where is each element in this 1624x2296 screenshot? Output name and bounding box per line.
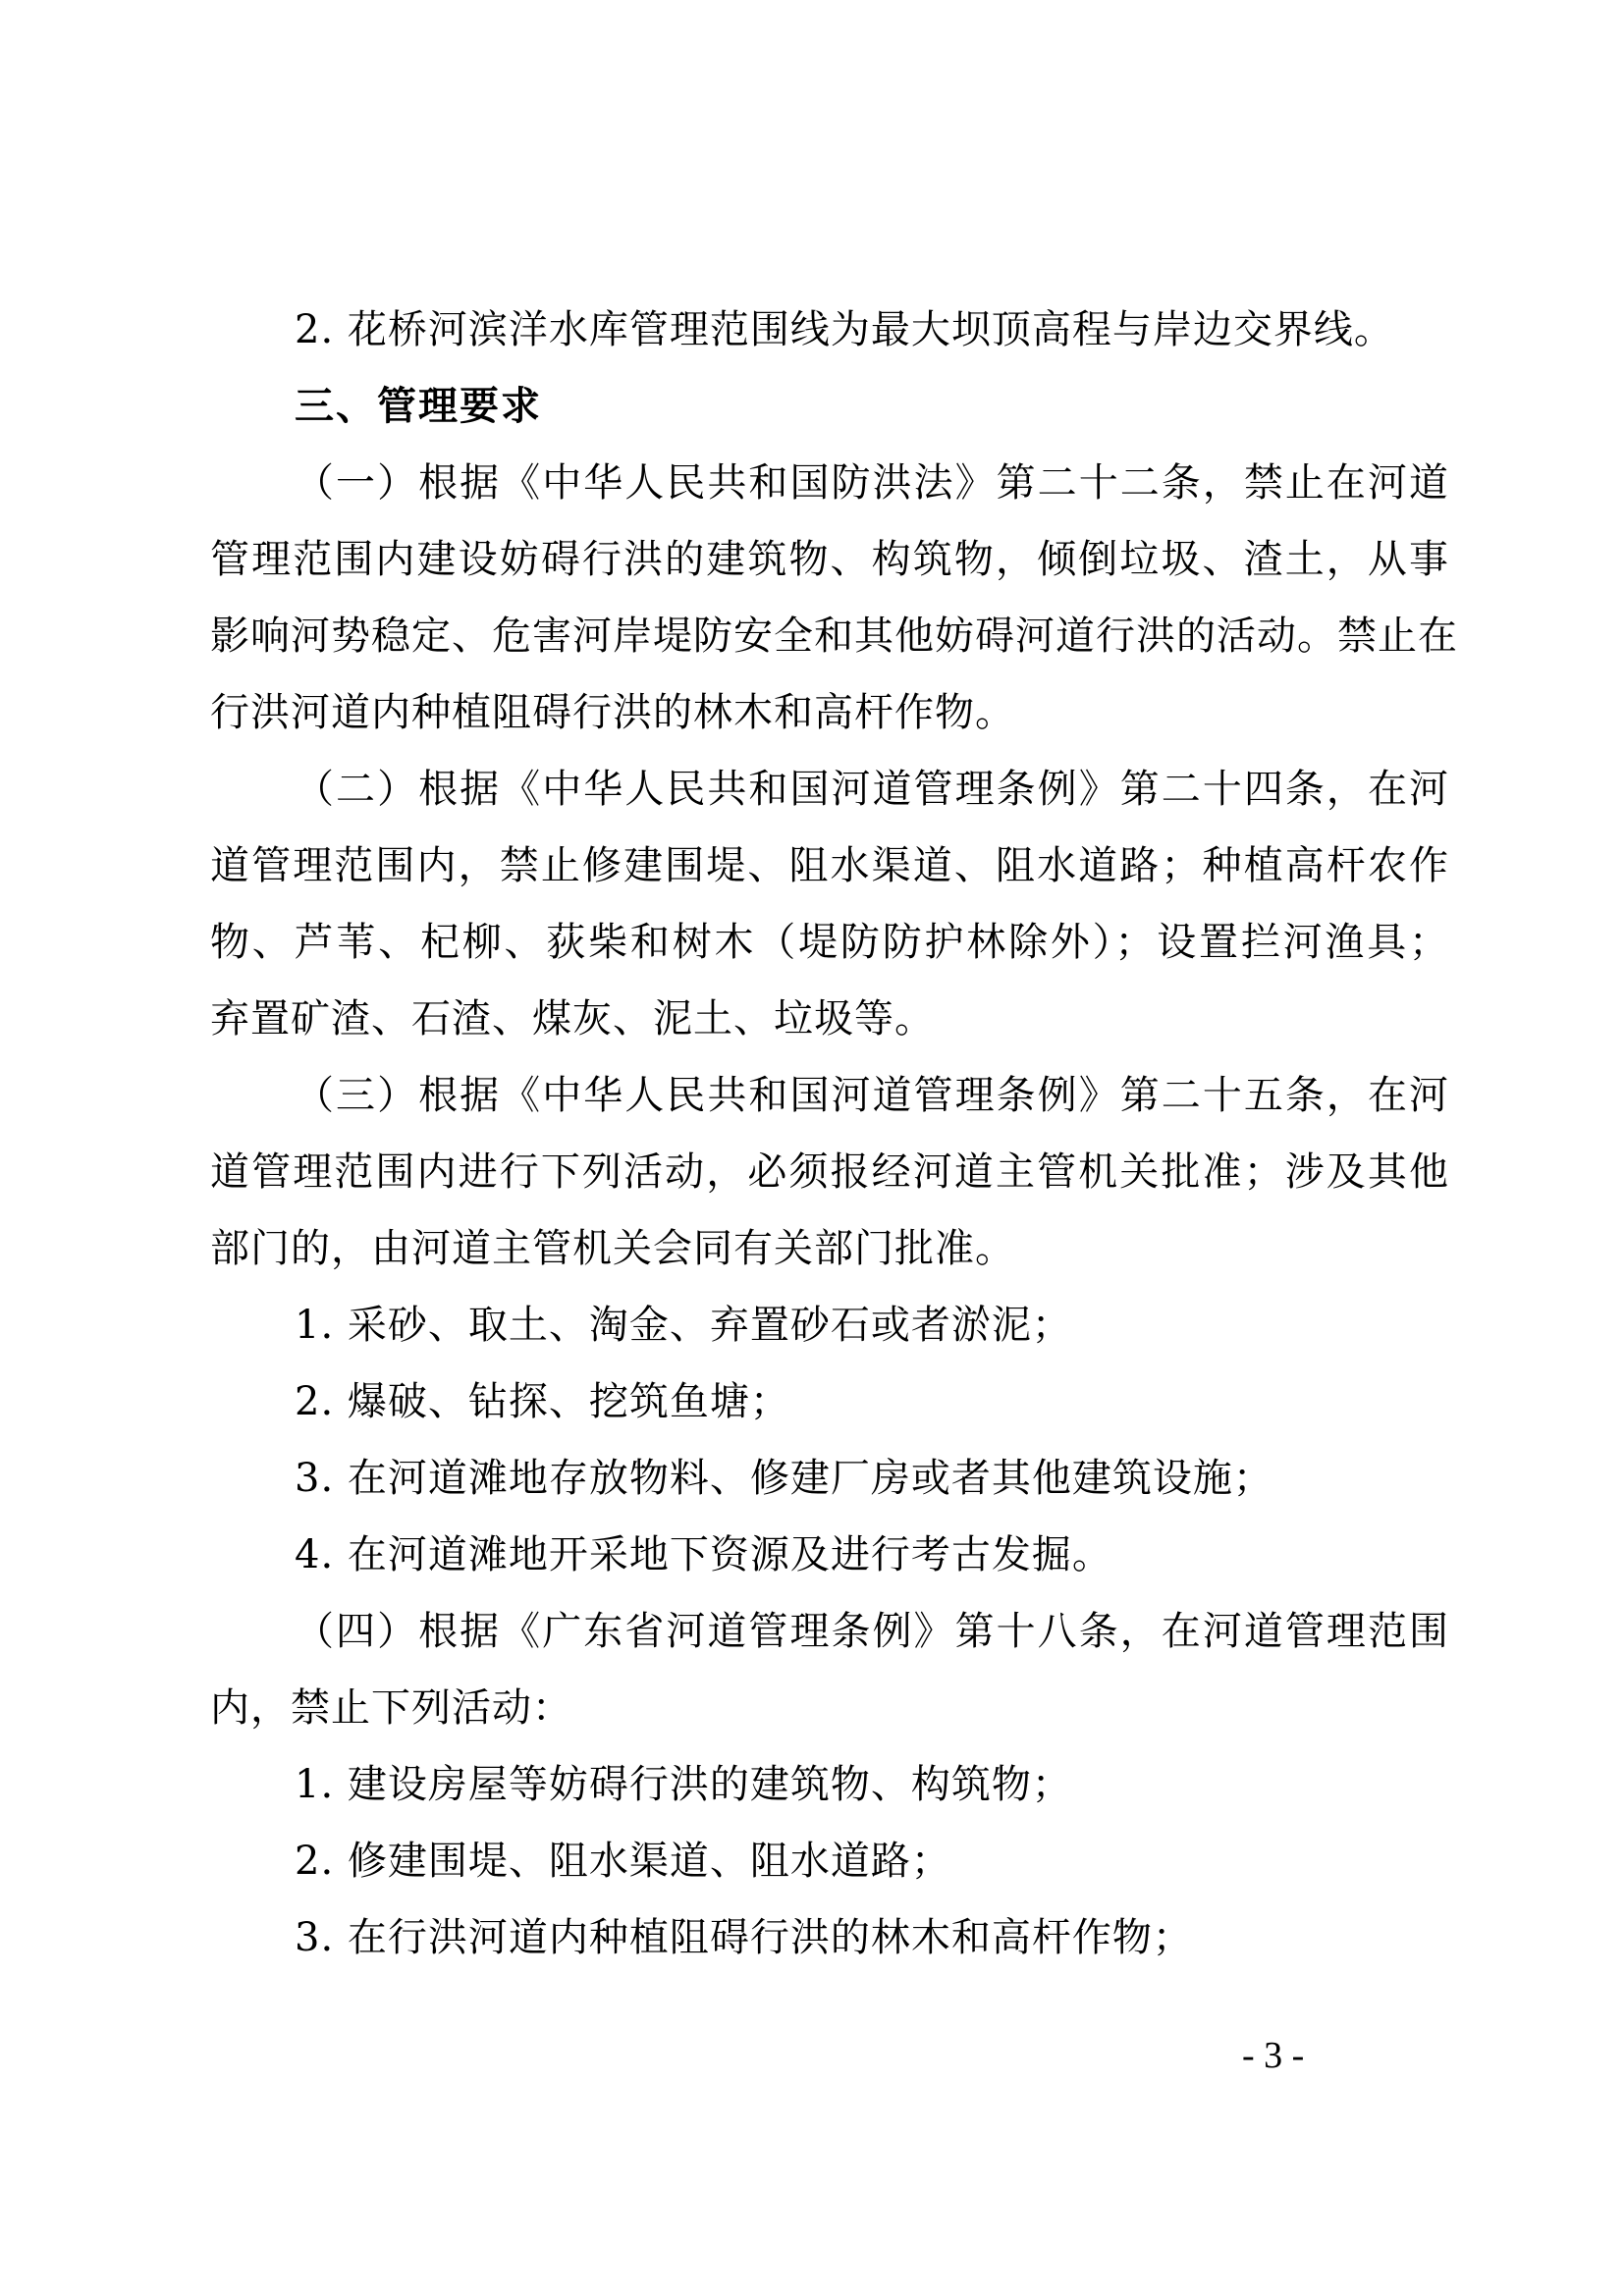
document-page: 2. 花桥河滨洋水库管理范围线为最大坝顶高程与岸边交界线。 三、管理要求 （一）… — [0, 0, 1624, 2296]
list-item: 4. 在河道滩地开采地下资源及进行考古发掘。 — [295, 1531, 1534, 1578]
paragraph-line: 弃置矿渣、石渣、煤灰、泥土、垃圾等。 — [210, 995, 1449, 1042]
list-item: 3. 在行洪河道内种植阻碍行洪的林木和高杆作物； — [295, 1914, 1534, 1961]
list-item: 1. 采砂、取土、淘金、弃置砂石或者淤泥； — [295, 1302, 1534, 1349]
list-item: 3. 在河道滩地存放物料、修建厂房或者其他建筑设施； — [295, 1455, 1534, 1502]
paragraph-line: 道管理范围内，禁止修建围堤、阻水渠道、阻水道路；种植高杆农作 — [210, 842, 1449, 889]
paragraph-line: 影响河势稳定、危害河岸堤防安全和其他妨碍河道行洪的活动。禁止在 — [210, 613, 1449, 660]
paragraph-line: 2. 花桥河滨洋水库管理范围线为最大坝顶高程与岸边交界线。 — [295, 306, 1534, 353]
paragraph-line: 物、芦苇、杞柳、荻柴和树木（堤防防护林除外）；设置拦河渔具； — [210, 919, 1449, 966]
list-item: 1. 建设房屋等妨碍行洪的建筑物、构筑物； — [295, 1761, 1534, 1808]
paragraph-line: （一）根据《中华人民共和国防洪法》第二十二条，禁止在河道 — [295, 459, 1449, 507]
paragraph-line: （三）根据《中华人民共和国河道管理条例》第二十五条，在河 — [295, 1072, 1449, 1119]
paragraph-line: 内，禁止下列活动： — [210, 1684, 1449, 1732]
paragraph-line: （二）根据《中华人民共和国河道管理条例》第二十四条，在河 — [295, 766, 1449, 813]
section-heading: 三、管理要求 — [295, 383, 542, 430]
paragraph-line: 管理范围内建设妨碍行洪的建筑物、构筑物，倾倒垃圾、渣土，从事 — [210, 536, 1449, 583]
list-item: 2. 爆破、钻探、挖筑鱼塘； — [295, 1378, 1534, 1425]
list-item: 2. 修建围堤、阻水渠道、阻水道路； — [295, 1838, 1534, 1885]
paragraph-line: 行洪河道内种植阻碍行洪的林木和高杆作物。 — [210, 689, 1449, 736]
paragraph-line: 部门的，由河道主管机关会同有关部门批准。 — [210, 1225, 1449, 1272]
paragraph-line: （四）根据《广东省河道管理条例》第十八条，在河道管理范围 — [295, 1608, 1449, 1655]
page-number: - 3 - — [1242, 2034, 1304, 2077]
paragraph-line: 道管理范围内进行下列活动，必须报经河道主管机关批准；涉及其他 — [210, 1148, 1449, 1196]
